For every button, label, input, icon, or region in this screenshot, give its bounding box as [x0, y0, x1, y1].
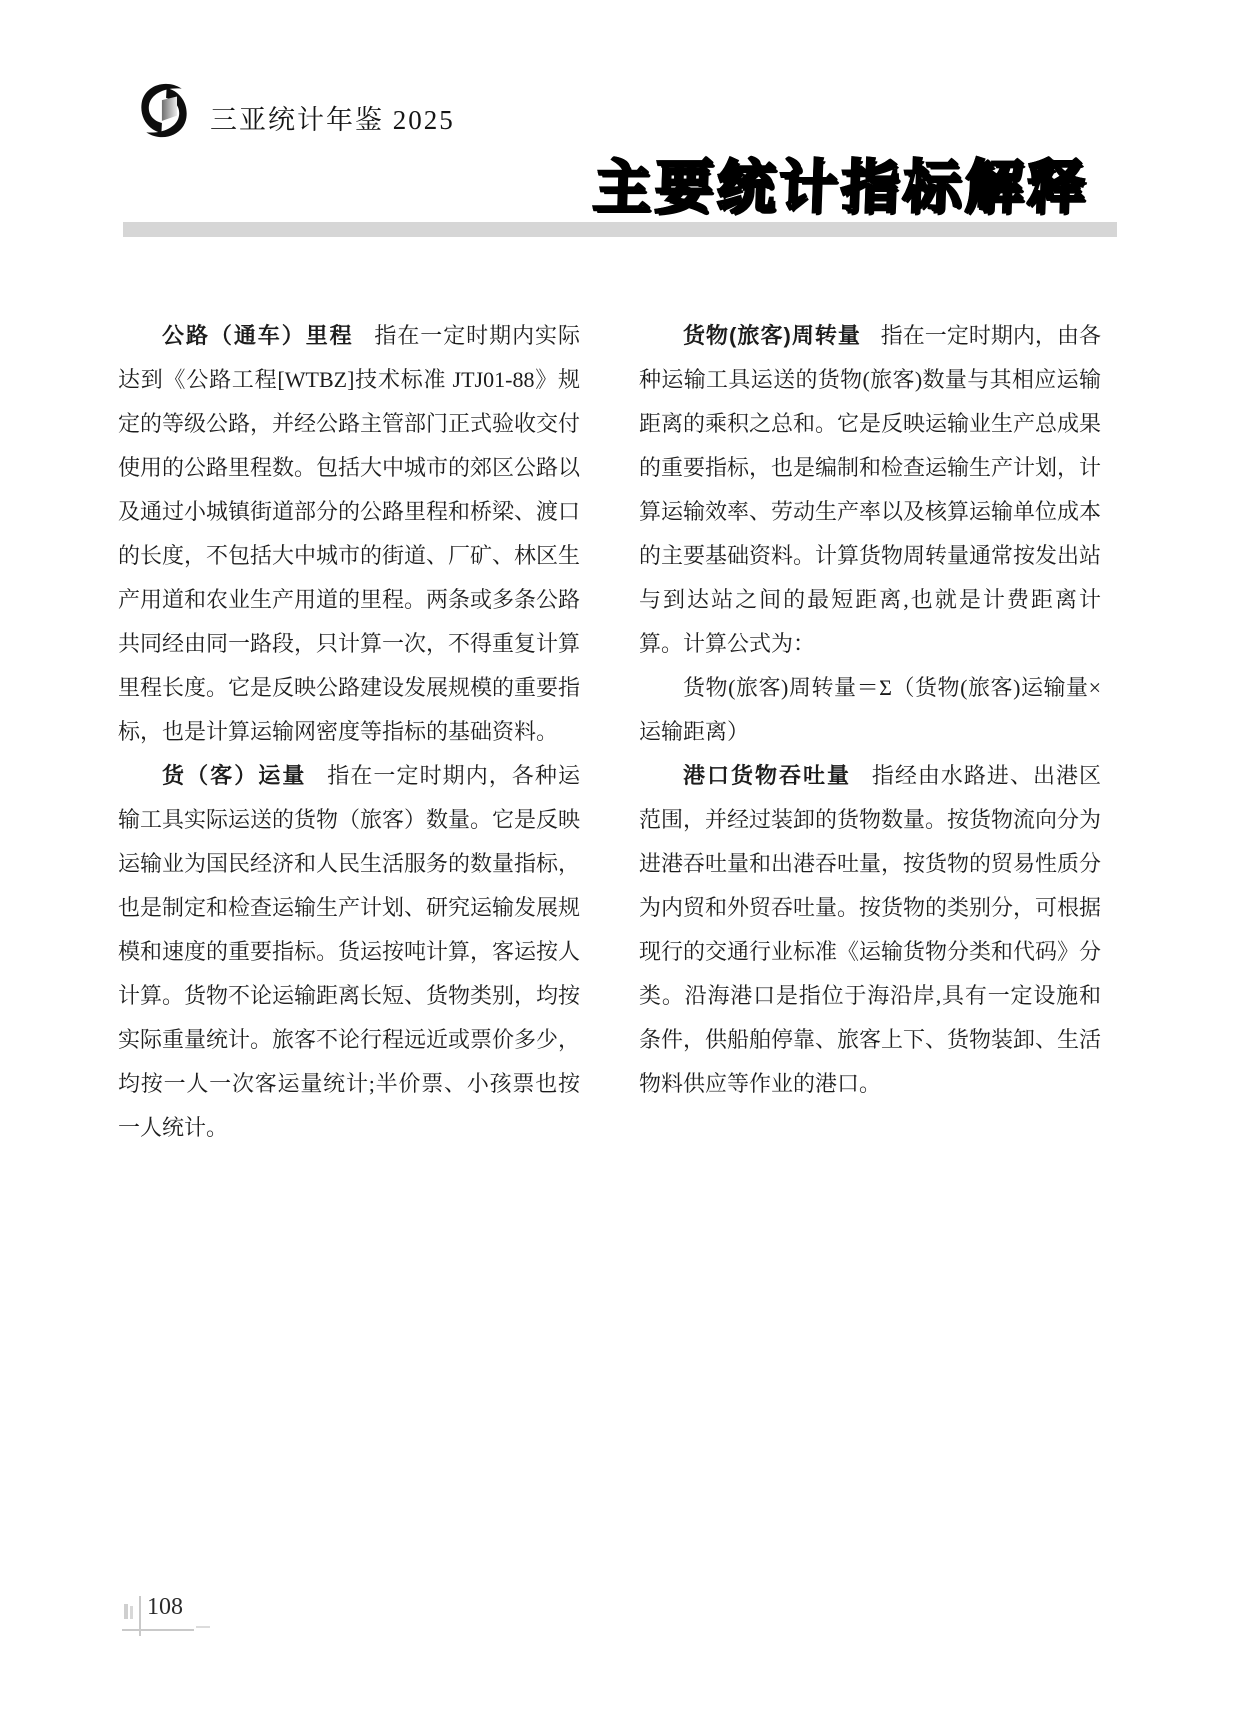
definition-paragraph-port-throughput: 港口货物吞吐量指经由水路进、出港区范围，并经过装卸的货物数量。按货物流向分为进港…	[639, 754, 1101, 1106]
definition-paragraph-freight-passenger-volume: 货（客）运量指在一定时期内，各种运输工具实际运送的货物（旅客）数量。它是反映运输…	[118, 754, 580, 1150]
footer-mark	[124, 1604, 128, 1619]
footer-mark	[130, 1606, 133, 1619]
footer-crop-line-horizontal	[122, 1629, 194, 1631]
definition-text: 指在一定时期内，各种运输工具实际运送的货物（旅客）数量。它是反映运输业为国民经济…	[118, 763, 580, 1140]
statistics-yearbook-logo-icon	[138, 82, 190, 140]
yearbook-page: 三亚统计年鉴 2025 主要统计指标解释 公路（通车）里程指在一定时期内实际达到…	[0, 0, 1241, 1713]
term-port-throughput: 港口货物吞吐量	[683, 763, 871, 788]
page-number: 108	[147, 1594, 183, 1621]
term-freight-passenger-volume: 货（客）运量	[162, 763, 326, 788]
page-title: 主要统计指标解释	[592, 152, 1091, 224]
right-column: 货物(旅客)周转量指在一定时期内，由各种运输工具运送的货物(旅客)数量与其相应运…	[639, 314, 1101, 1106]
definition-paragraph-turnover-volume: 货物(旅客)周转量指在一定时期内，由各种运输工具运送的货物(旅客)数量与其相应运…	[639, 314, 1101, 666]
turnover-formula: 货物(旅客)周转量＝Σ（货物(旅客)运输量×运输距离）	[639, 666, 1101, 754]
term-turnover-volume: 货物(旅客)周转量	[683, 323, 881, 348]
left-column: 公路（通车）里程指在一定时期内实际达到《公路工程[WTBZ]技术标准 JTJ01…	[118, 314, 580, 1150]
yearbook-title: 三亚统计年鉴 2025	[210, 98, 455, 137]
term-road-mileage: 公路（通车）里程	[162, 323, 373, 348]
definition-text: 指在一定时期内实际达到《公路工程[WTBZ]技术标准 JTJ01-88》规定的等…	[118, 323, 580, 744]
footer-crop-line-tick	[196, 1626, 210, 1628]
definition-text: 指经由水路进、出港区范围，并经过装卸的货物数量。按货物流向分为进港吞吐量和出港吞…	[639, 763, 1101, 1096]
title-divider-bar	[123, 222, 1117, 237]
definition-paragraph-road-mileage: 公路（通车）里程指在一定时期内实际达到《公路工程[WTBZ]技术标准 JTJ01…	[118, 314, 580, 754]
definition-text: 指在一定时期内，由各种运输工具运送的货物(旅客)数量与其相应运输距离的乘积之总和…	[639, 323, 1101, 656]
